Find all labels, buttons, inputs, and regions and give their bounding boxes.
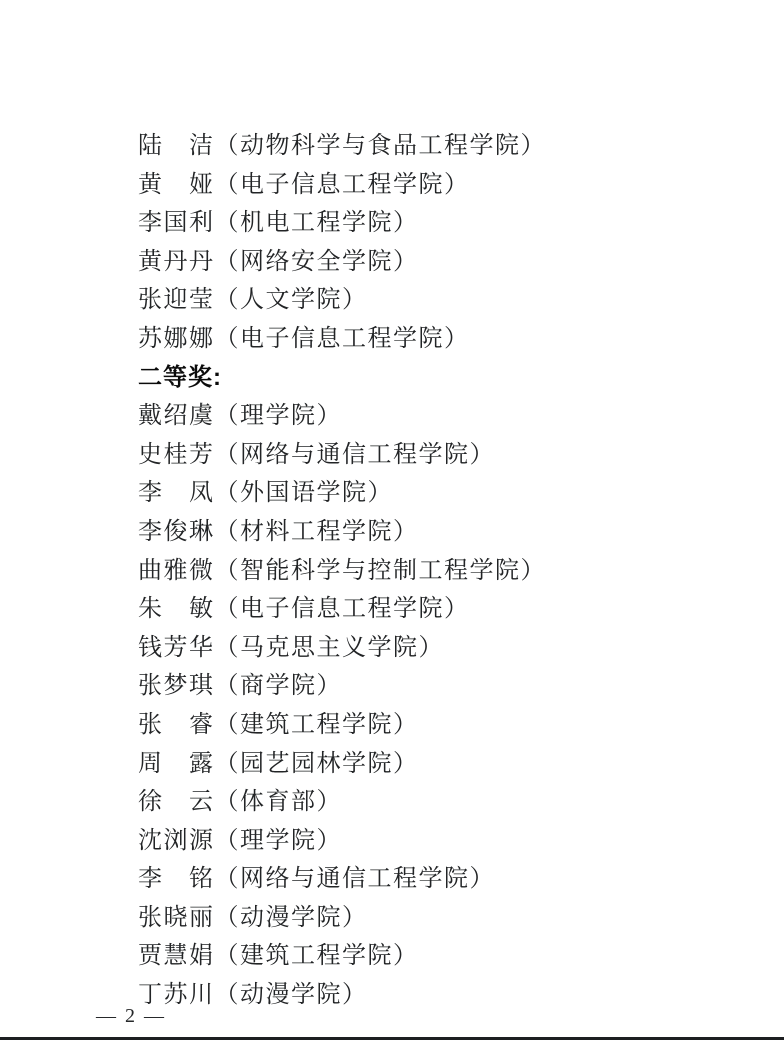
paren-close: ） <box>393 751 419 777</box>
list-item: 曲雅微（智能科学与控制工程学院） <box>138 552 744 591</box>
list-item: 张梦琪（商学院） <box>138 667 744 706</box>
person-name: 张迎莹 <box>138 281 215 320</box>
paren-open: （ <box>215 287 241 313</box>
person-name: 黄丹丹 <box>138 243 215 282</box>
paren-close: ） <box>317 673 343 699</box>
person-name: 陆 洁 <box>138 127 215 166</box>
paren-close: ） <box>393 712 419 738</box>
paren-close: ） <box>419 635 445 661</box>
paren-open: （ <box>215 519 241 545</box>
list-item: 钱芳华（马克思主义学院） <box>138 629 744 668</box>
paren-close: ） <box>393 943 419 969</box>
list-item: 戴绍虞（理学院） <box>138 397 744 436</box>
paren-close: ） <box>342 905 368 931</box>
paren-close: ） <box>470 442 496 468</box>
paren-close: ） <box>393 519 419 545</box>
person-name: 张晓丽 <box>138 899 215 938</box>
department: 动漫学院 <box>240 905 342 931</box>
document-page: 陆 洁（动物科学与食品工程学院）黄 娅（电子信息工程学院）李国利（机电工程学院）… <box>0 0 784 1040</box>
person-name: 李国利 <box>138 204 215 243</box>
department: 建筑工程学院 <box>240 943 393 969</box>
paren-close: ） <box>393 210 419 236</box>
department: 动物科学与食品工程学院 <box>240 133 521 159</box>
paren-open: （ <box>215 905 241 931</box>
department: 园艺园林学院 <box>240 751 393 777</box>
department: 理学院 <box>240 403 317 429</box>
paren-open: （ <box>215 210 241 236</box>
paren-close: ） <box>444 596 470 622</box>
paren-close: ） <box>342 982 368 1008</box>
person-name: 朱 敏 <box>138 590 215 629</box>
person-name: 贾慧娟 <box>138 937 215 976</box>
person-name: 沈浏源 <box>138 822 215 861</box>
paren-close: ） <box>317 403 343 429</box>
paren-open: （ <box>215 596 241 622</box>
paren-open: （ <box>215 828 241 854</box>
paren-open: （ <box>215 789 241 815</box>
list-item: 陆 洁（动物科学与食品工程学院） <box>138 127 744 166</box>
list-item: 徐 云（体育部） <box>138 783 744 822</box>
paren-open: （ <box>215 635 241 661</box>
person-name: 曲雅微 <box>138 552 215 591</box>
department: 马克思主义学院 <box>240 635 419 661</box>
paren-close: ） <box>393 249 419 275</box>
paren-open: （ <box>215 712 241 738</box>
paren-open: （ <box>215 943 241 969</box>
list-item: 丁苏川（动漫学院） <box>138 976 744 1015</box>
paren-open: （ <box>215 751 241 777</box>
list-item: 苏娜娜（电子信息工程学院） <box>138 320 744 359</box>
list-item: 李俊琳（材料工程学院） <box>138 513 744 552</box>
list-item: 沈浏源（理学院） <box>138 822 744 861</box>
person-name: 李 铭 <box>138 860 215 899</box>
department: 网络安全学院 <box>240 249 393 275</box>
list-item: 周 露（园艺园林学院） <box>138 745 744 784</box>
paren-open: （ <box>215 403 241 429</box>
department: 人文学院 <box>240 287 342 313</box>
department: 动漫学院 <box>240 982 342 1008</box>
section-heading: 二等奖: <box>138 359 744 398</box>
department: 机电工程学院 <box>240 210 393 236</box>
department: 智能科学与控制工程学院 <box>240 558 521 584</box>
paren-open: （ <box>215 172 241 198</box>
paren-close: ） <box>317 789 343 815</box>
person-name: 李俊琳 <box>138 513 215 552</box>
department: 电子信息工程学院 <box>240 326 444 352</box>
list-item: 李 铭（网络与通信工程学院） <box>138 860 744 899</box>
department: 电子信息工程学院 <box>240 172 444 198</box>
award-list: 陆 洁（动物科学与食品工程学院）黄 娅（电子信息工程学院）李国利（机电工程学院）… <box>138 127 744 1015</box>
department: 商学院 <box>240 673 317 699</box>
paren-open: （ <box>215 982 241 1008</box>
list-item: 黄 娅（电子信息工程学院） <box>138 166 744 205</box>
paren-open: （ <box>215 326 241 352</box>
person-name: 李 凤 <box>138 474 215 513</box>
paren-close: ） <box>470 866 496 892</box>
list-item: 黄丹丹（网络安全学院） <box>138 243 744 282</box>
person-name: 钱芳华 <box>138 629 215 668</box>
person-name: 黄 娅 <box>138 166 215 205</box>
paren-open: （ <box>215 133 241 159</box>
department: 外国语学院 <box>240 480 368 506</box>
department: 理学院 <box>240 828 317 854</box>
paren-close: ） <box>521 558 547 584</box>
person-name: 张梦琪 <box>138 667 215 706</box>
department: 材料工程学院 <box>240 519 393 545</box>
paren-open: （ <box>215 249 241 275</box>
person-name: 张 睿 <box>138 706 215 745</box>
paren-close: ） <box>317 828 343 854</box>
paren-open: （ <box>215 442 241 468</box>
paren-open: （ <box>215 673 241 699</box>
list-item: 张 睿（建筑工程学院） <box>138 706 744 745</box>
department: 建筑工程学院 <box>240 712 393 738</box>
paren-close: ） <box>368 480 394 506</box>
list-item: 朱 敏（电子信息工程学院） <box>138 590 744 629</box>
page-number: — 2 — <box>96 1005 166 1028</box>
paren-close: ） <box>342 287 368 313</box>
department: 体育部 <box>240 789 317 815</box>
person-name: 戴绍虞 <box>138 397 215 436</box>
person-name: 徐 云 <box>138 783 215 822</box>
paren-close: ） <box>521 133 547 159</box>
paren-open: （ <box>215 480 241 506</box>
department: 电子信息工程学院 <box>240 596 444 622</box>
department: 网络与通信工程学院 <box>240 866 470 892</box>
person-name: 史桂芳 <box>138 436 215 475</box>
list-item: 史桂芳（网络与通信工程学院） <box>138 436 744 475</box>
person-name: 周 露 <box>138 745 215 784</box>
paren-open: （ <box>215 866 241 892</box>
list-item: 张迎莹（人文学院） <box>138 281 744 320</box>
list-item: 贾慧娟（建筑工程学院） <box>138 937 744 976</box>
paren-open: （ <box>215 558 241 584</box>
list-item: 李国利（机电工程学院） <box>138 204 744 243</box>
paren-close: ） <box>444 326 470 352</box>
list-item: 李 凤（外国语学院） <box>138 474 744 513</box>
paren-close: ） <box>444 172 470 198</box>
department: 网络与通信工程学院 <box>240 442 470 468</box>
list-item: 张晓丽（动漫学院） <box>138 899 744 938</box>
person-name: 苏娜娜 <box>138 320 215 359</box>
